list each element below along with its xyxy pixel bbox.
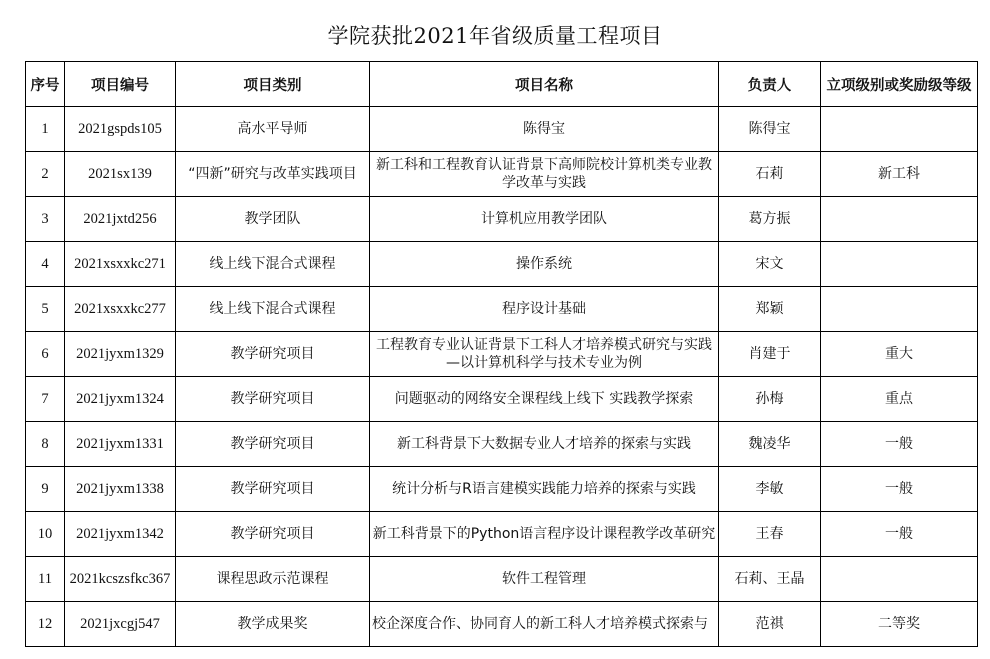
cell-no: 8 [26, 422, 65, 467]
cell-no: 11 [26, 557, 65, 602]
table-row: 11 2021kcszsfkc367 课程思政示范课程 软件工程管理 石莉、王晶 [26, 557, 978, 602]
cell-name: 工程教育专业认证背景下工科人才培养模式研究与实践—以计算机科学与技术专业为例 [370, 332, 719, 377]
cell-name: 校企深度合作、协同育人的新工科人才培养模式探索与 [370, 602, 719, 647]
cell-category: 教学团队 [176, 197, 370, 242]
cell-category: 教学研究项目 [176, 467, 370, 512]
cell-leader: 孙梅 [719, 377, 821, 422]
cell-name: 问题驱动的网络安全课程线上线下 实践教学探索 [370, 377, 719, 422]
cell-level: 一般 [821, 467, 978, 512]
cell-no: 6 [26, 332, 65, 377]
cell-name: 新工科背景下大数据专业人才培养的探索与实践 [370, 422, 719, 467]
cell-no: 5 [26, 287, 65, 332]
cell-leader: 郑颖 [719, 287, 821, 332]
cell-level [821, 287, 978, 332]
cell-category: 线上线下混合式课程 [176, 287, 370, 332]
cell-level [821, 197, 978, 242]
cell-code: 2021xsxxkc271 [65, 242, 176, 287]
cell-category: 教学研究项目 [176, 332, 370, 377]
cell-no: 9 [26, 467, 65, 512]
cell-code: 2021jyxm1338 [65, 467, 176, 512]
header-no: 序号 [26, 62, 65, 107]
cell-code: 2021jxtd256 [65, 197, 176, 242]
cell-category: 教学成果奖 [176, 602, 370, 647]
cell-leader: 石莉、王晶 [719, 557, 821, 602]
cell-code: 2021jyxm1324 [65, 377, 176, 422]
table-row: 9 2021jyxm1338 教学研究项目 统计分析与R语言建模实践能力培养的探… [26, 467, 978, 512]
header-category: 项目类别 [176, 62, 370, 107]
cell-category: 课程思政示范课程 [176, 557, 370, 602]
cell-category: 教学研究项目 [176, 377, 370, 422]
cell-level: 二等奖 [821, 602, 978, 647]
cell-code: 2021jyxm1329 [65, 332, 176, 377]
table-row: 12 2021jxcgj547 教学成果奖 校企深度合作、协同育人的新工科人才培… [26, 602, 978, 647]
cell-name: 新工科和工程教育认证背景下高师院校计算机类专业教学改革与实践 [370, 152, 719, 197]
cell-category: 高水平导师 [176, 107, 370, 152]
cell-category: 教学研究项目 [176, 512, 370, 557]
cell-leader: 宋文 [719, 242, 821, 287]
table-row: 10 2021jyxm1342 教学研究项目 新工科背景下的Python语言程序… [26, 512, 978, 557]
projects-table: 序号 项目编号 项目类别 项目名称 负责人 立项级别或奖励级等级 1 2021g… [25, 61, 978, 647]
cell-level: 重点 [821, 377, 978, 422]
table-row: 8 2021jyxm1331 教学研究项目 新工科背景下大数据专业人才培养的探索… [26, 422, 978, 467]
cell-no: 1 [26, 107, 65, 152]
cell-name: 陈得宝 [370, 107, 719, 152]
cell-name: 新工科背景下的Python语言程序设计课程教学改革研究 [370, 512, 719, 557]
cell-no: 3 [26, 197, 65, 242]
cell-code: 2021gspds105 [65, 107, 176, 152]
cell-leader: 李敏 [719, 467, 821, 512]
cell-name: 计算机应用教学团队 [370, 197, 719, 242]
cell-level: 一般 [821, 422, 978, 467]
page-title: 学院获批2021年省级质量工程项目 [0, 20, 990, 50]
table-row: 6 2021jyxm1329 教学研究项目 工程教育专业认证背景下工科人才培养模… [26, 332, 978, 377]
header-level: 立项级别或奖励级等级 [821, 62, 978, 107]
table-row: 5 2021xsxxkc277 线上线下混合式课程 程序设计基础 郑颖 [26, 287, 978, 332]
cell-category: 线上线下混合式课程 [176, 242, 370, 287]
cell-leader: 石莉 [719, 152, 821, 197]
cell-name: 程序设计基础 [370, 287, 719, 332]
cell-code: 2021xsxxkc277 [65, 287, 176, 332]
header-leader: 负责人 [719, 62, 821, 107]
cell-level: 重大 [821, 332, 978, 377]
cell-no: 4 [26, 242, 65, 287]
header-code: 项目编号 [65, 62, 176, 107]
cell-level: 新工科 [821, 152, 978, 197]
cell-code: 2021sx139 [65, 152, 176, 197]
cell-level: 一般 [821, 512, 978, 557]
table-header-row: 序号 项目编号 项目类别 项目名称 负责人 立项级别或奖励级等级 [26, 62, 978, 107]
cell-leader: 肖建于 [719, 332, 821, 377]
cell-category: “四新”研究与改革实践项目 [176, 152, 370, 197]
cell-level [821, 242, 978, 287]
cell-leader: 葛方振 [719, 197, 821, 242]
cell-code: 2021kcszsfkc367 [65, 557, 176, 602]
cell-level [821, 557, 978, 602]
cell-code: 2021jxcgj547 [65, 602, 176, 647]
table-row: 1 2021gspds105 高水平导师 陈得宝 陈得宝 [26, 107, 978, 152]
cell-category: 教学研究项目 [176, 422, 370, 467]
table-row: 3 2021jxtd256 教学团队 计算机应用教学团队 葛方振 [26, 197, 978, 242]
cell-no: 10 [26, 512, 65, 557]
cell-leader: 陈得宝 [719, 107, 821, 152]
cell-code: 2021jyxm1342 [65, 512, 176, 557]
table-row: 7 2021jyxm1324 教学研究项目 问题驱动的网络安全课程线上线下 实践… [26, 377, 978, 422]
cell-no: 12 [26, 602, 65, 647]
cell-code: 2021jyxm1331 [65, 422, 176, 467]
table-row: 2 2021sx139 “四新”研究与改革实践项目 新工科和工程教育认证背景下高… [26, 152, 978, 197]
header-name: 项目名称 [370, 62, 719, 107]
table-row: 4 2021xsxxkc271 线上线下混合式课程 操作系统 宋文 [26, 242, 978, 287]
cell-leader: 范祺 [719, 602, 821, 647]
cell-leader: 王春 [719, 512, 821, 557]
cell-level [821, 107, 978, 152]
cell-leader: 魏凌华 [719, 422, 821, 467]
cell-name: 操作系统 [370, 242, 719, 287]
cell-no: 7 [26, 377, 65, 422]
cell-name: 软件工程管理 [370, 557, 719, 602]
cell-no: 2 [26, 152, 65, 197]
cell-name: 统计分析与R语言建模实践能力培养的探索与实践 [370, 467, 719, 512]
